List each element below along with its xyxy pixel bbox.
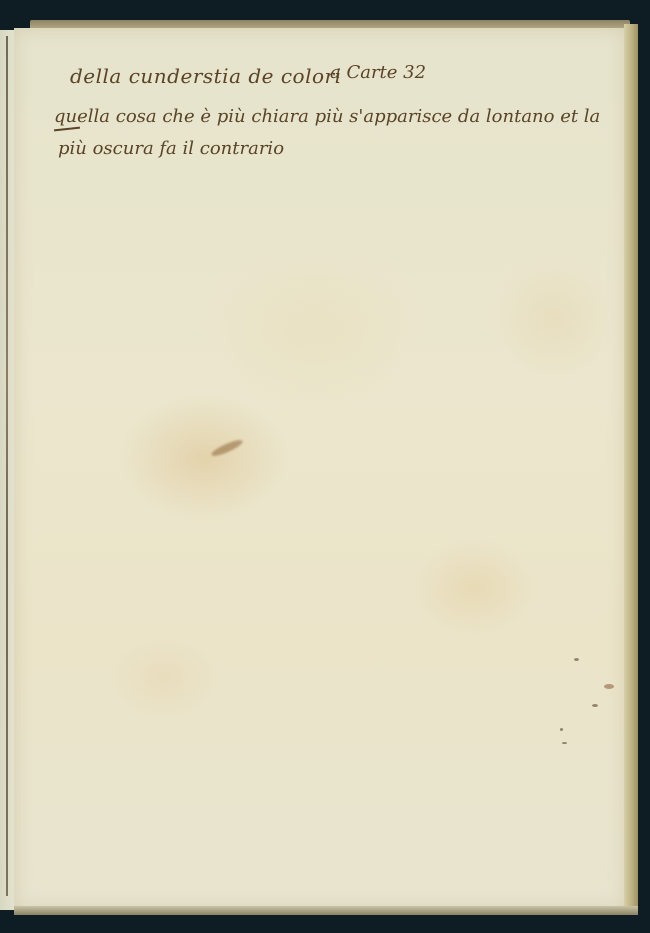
ink-speck: [592, 704, 598, 707]
ink-speck: [604, 684, 614, 689]
binding-gutter: [6, 36, 8, 896]
page-reference: a Carte 32: [330, 62, 426, 83]
book-right-edge: [624, 24, 638, 914]
manuscript-line: quella cosa che è più chiara più s'appar…: [54, 106, 600, 127]
ink-speck: [574, 658, 579, 661]
ink-speck: [562, 742, 567, 744]
paper-stain: [210, 437, 244, 458]
manuscript-page: [14, 28, 626, 910]
book-bottom-edge: [14, 906, 638, 915]
manuscript-line: più oscura fa il contrario: [58, 138, 284, 159]
manuscript-heading: della cunderstia de colori: [70, 64, 342, 88]
ink-speck: [560, 728, 563, 731]
